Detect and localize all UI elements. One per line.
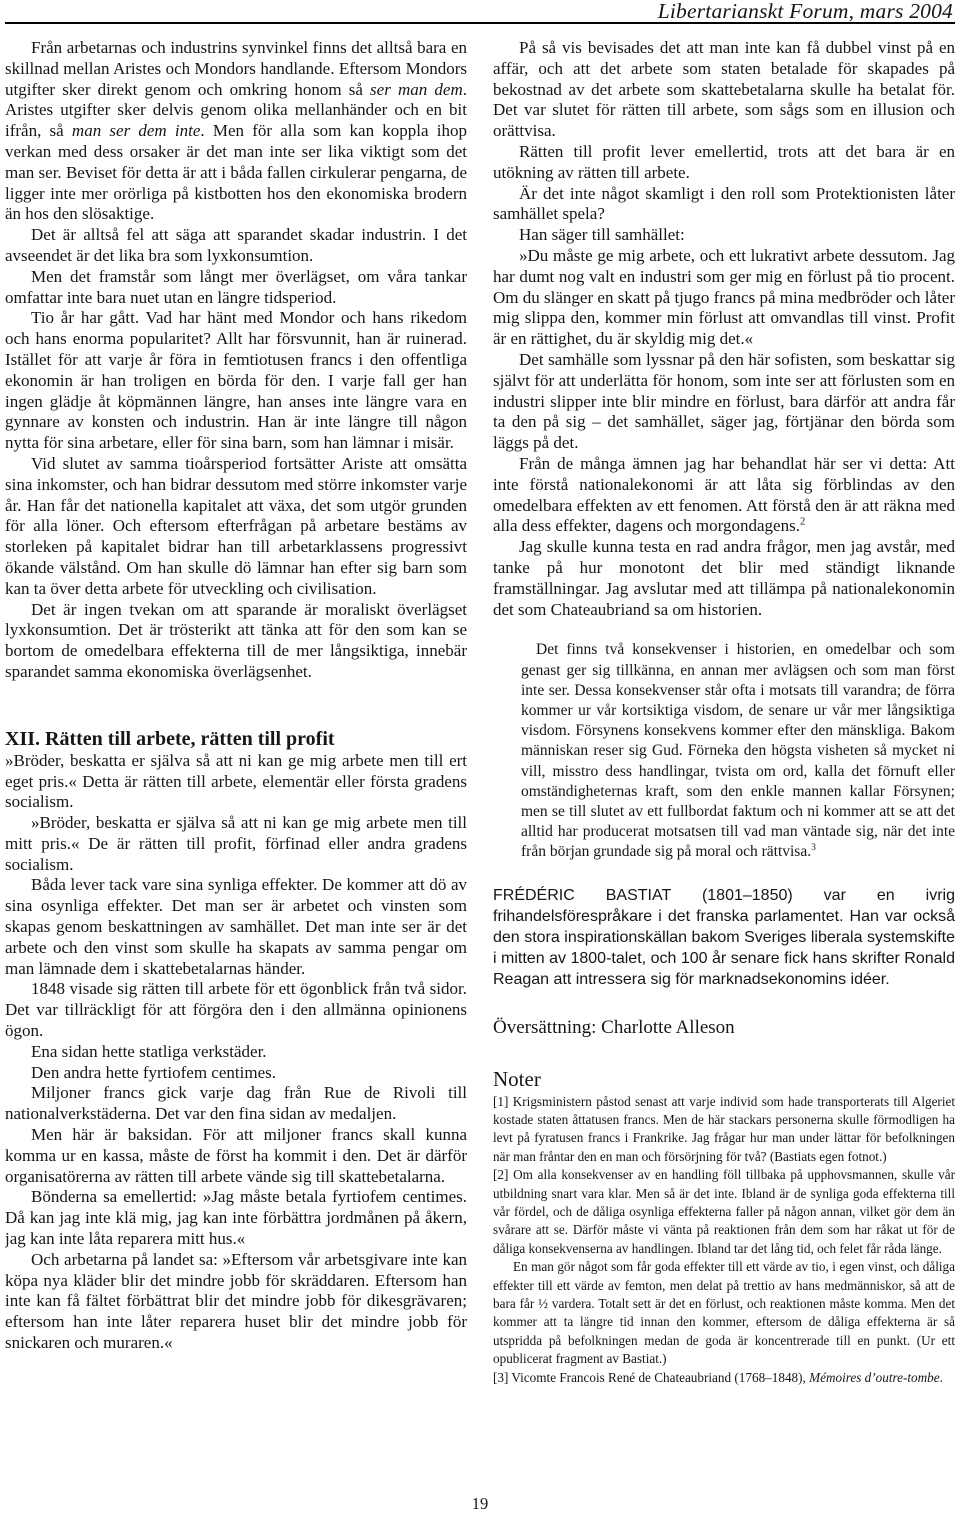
text-run: Ena sidan hette statliga verkstäder.: [31, 1042, 267, 1061]
paragraph: Men här är baksidan. För att miljoner fr…: [5, 1125, 467, 1187]
footnote-marker: 3: [811, 842, 816, 853]
block-quote: Det finns två konsekvenser i historien, …: [521, 640, 955, 862]
paragraph: Det är alltså fel att säga att sparandet…: [5, 225, 467, 267]
right-column: På så vis bevisades det att man inte kan…: [493, 38, 955, 1450]
text-run: Vid slutet av samma tioårsperiod fortsät…: [5, 454, 467, 598]
text-run: 1848 visade sig rätten till arbete för e…: [5, 979, 467, 1040]
text-run: Det finns två konsekvenser i historien, …: [521, 641, 955, 860]
paragraph: Från arbetarnas och industrins synvinkel…: [5, 38, 467, 225]
text-run: Det samhälle som lyssnar på den här sofi…: [493, 350, 955, 452]
footnote: [1] Krigsministern påstod senast att var…: [493, 1093, 955, 1167]
text-run: Är det inte något skamligt i den roll so…: [493, 184, 955, 224]
paragraph: Det samhälle som lyssnar på den här sofi…: [493, 350, 955, 454]
text-run: Från de många ämnen jag har behandlat hä…: [493, 454, 955, 535]
text-run: Mémoires d’outre-tombe: [809, 1370, 940, 1385]
paragraph: Vid slutet av samma tioårsperiod fortsät…: [5, 454, 467, 600]
page-header: Libertarianskt Forum, mars 2004: [5, 0, 955, 24]
text-run: »Bröder, beskatta er själva så att ni ka…: [5, 751, 467, 812]
section-heading: XII. Rätten till arbete, rätten till pro…: [5, 727, 467, 751]
text-run: .: [940, 1370, 943, 1385]
text-run: [2] Om alla konsekvenser av en handling …: [493, 1167, 955, 1256]
text-run: Noter: [493, 1067, 541, 1091]
text-run: Han säger till samhället:: [519, 225, 685, 244]
text-run: Och arbetarna på landet sa: »Eftersom vå…: [5, 1250, 467, 1352]
text-run: Översättning: Charlotte Alleson: [493, 1017, 735, 1038]
footnote: [2] Om alla konsekvenser av en handling …: [493, 1166, 955, 1258]
paragraph: Miljoner francs gick varje dag från Rue …: [5, 1083, 467, 1125]
paragraph: »Du måste ge mig arbete, och ett lukrati…: [493, 246, 955, 350]
paragraph: Och arbetarna på landet sa: »Eftersom vå…: [5, 1250, 467, 1354]
paragraph: »Bröder, beskatta er själva så att ni ka…: [5, 813, 467, 875]
left-column: Från arbetarnas och industrins synvinkel…: [5, 38, 467, 1450]
text-run: Båda lever tack vare sina synliga effekt…: [5, 875, 467, 977]
two-column-layout: Från arbetarnas och industrins synvinkel…: [5, 24, 955, 1450]
text-run: Det är ingen tvekan om att sparande är m…: [5, 600, 467, 681]
journal-title: Libertarianskt Forum, mars 2004: [5, 1, 953, 22]
paragraph: Båda lever tack vare sina synliga effekt…: [5, 875, 467, 979]
magazine-page: Libertarianskt Forum, mars 2004 Från arb…: [0, 0, 960, 1518]
translation-credit: Översättning: Charlotte Alleson: [493, 1016, 955, 1039]
text-run: man ser dem inte: [72, 121, 200, 140]
text-run: Miljoner francs gick varje dag från Rue …: [5, 1083, 467, 1123]
footnote: [3] Vicomte Francois René de Chateaubria…: [493, 1369, 955, 1387]
paragraph: »Bröder, beskatta er själva så att ni ka…: [5, 751, 467, 813]
paragraph: Bönderna sa emellertid: »Jag måste betal…: [5, 1187, 467, 1249]
author-bio: FRÉDÉRIC BASTIAT (1801–1850) var en ivri…: [493, 885, 955, 990]
text-run: Jag skulle kunna testa en rad andra fråg…: [493, 537, 955, 618]
text-run: FRÉDÉRIC BASTIAT (1801–1850) var en ivri…: [493, 887, 955, 988]
paragraph: 1848 visade sig rätten till arbete för e…: [5, 979, 467, 1041]
footnote: En man gör något som får goda effekter t…: [493, 1258, 955, 1368]
text-run: Men här är baksidan. För att miljoner fr…: [5, 1125, 467, 1186]
paragraph: Är det inte något skamligt i den roll so…: [493, 184, 955, 226]
text-run: Rätten till profit lever emellertid, tro…: [493, 142, 955, 182]
paragraph: På så vis bevisades det att man inte kan…: [493, 38, 955, 142]
paragraph: Det är ingen tvekan om att sparande är m…: [5, 600, 467, 683]
paragraph: Men det framstår som långt mer överlägse…: [5, 267, 467, 309]
paragraph: Rätten till profit lever emellertid, tro…: [493, 142, 955, 184]
text-run: Tio år har gått. Vad har hänt med Mondor…: [5, 308, 467, 452]
paragraph: Den andra hette fyrtiofem centimes.: [5, 1063, 467, 1084]
page-footer: 19: [0, 1494, 960, 1514]
text-run: ser man dem: [370, 80, 463, 99]
text-run: Bönderna sa emellertid: »Jag måste betal…: [5, 1187, 467, 1248]
paragraph: Tio år har gått. Vad har hänt med Mondor…: [5, 308, 467, 454]
paragraph: Från de många ämnen jag har behandlat hä…: [493, 454, 955, 537]
text-run: »Bröder, beskatta er själva så att ni ka…: [5, 813, 467, 874]
text-run: [1] Krigsministern påstod senast att var…: [493, 1094, 955, 1164]
text-run: Men det framstår som långt mer överlägse…: [5, 267, 467, 307]
text-run: Det är alltså fel att säga att sparandet…: [5, 225, 467, 265]
text-run: På så vis bevisades det att man inte kan…: [493, 38, 955, 140]
page-number: 19: [0, 1494, 960, 1514]
text-run: En man gör något som får goda effekter t…: [493, 1259, 955, 1366]
paragraph: Ena sidan hette statliga verkstäder.: [5, 1042, 467, 1063]
text-run: XII. Rätten till arbete, rätten till pro…: [5, 728, 335, 750]
footnote-marker: 2: [800, 517, 805, 528]
text-run: [3] Vicomte Francois René de Chateaubria…: [493, 1370, 809, 1385]
text-run: Den andra hette fyrtiofem centimes.: [31, 1063, 276, 1082]
paragraph: Han säger till samhället:: [493, 225, 955, 246]
notes-heading: Noter: [493, 1067, 955, 1091]
text-run: »Du måste ge mig arbete, och ett lukrati…: [493, 246, 955, 348]
paragraph: Jag skulle kunna testa en rad andra fråg…: [493, 537, 955, 620]
